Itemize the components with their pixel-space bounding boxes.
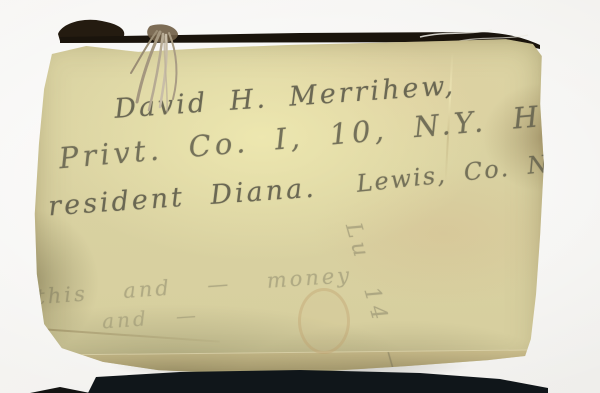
aged-page: David H. Merrihew, Privt. Co. I, 10, N.Y…	[28, 34, 548, 378]
handwriting-residence-line: resident Diana.	[47, 173, 317, 223]
ring-stain	[298, 288, 350, 354]
photo-backdrop: David H. Merrihew, Privt. Co. I, 10, N.Y…	[0, 0, 600, 393]
book-cover-bottom-edge	[0, 365, 600, 393]
frayed-thread	[120, 22, 204, 122]
handwriting-county-line: Lewis, Co. N.Y.	[355, 146, 584, 198]
handwriting-faint-note-2: and —	[101, 303, 199, 334]
